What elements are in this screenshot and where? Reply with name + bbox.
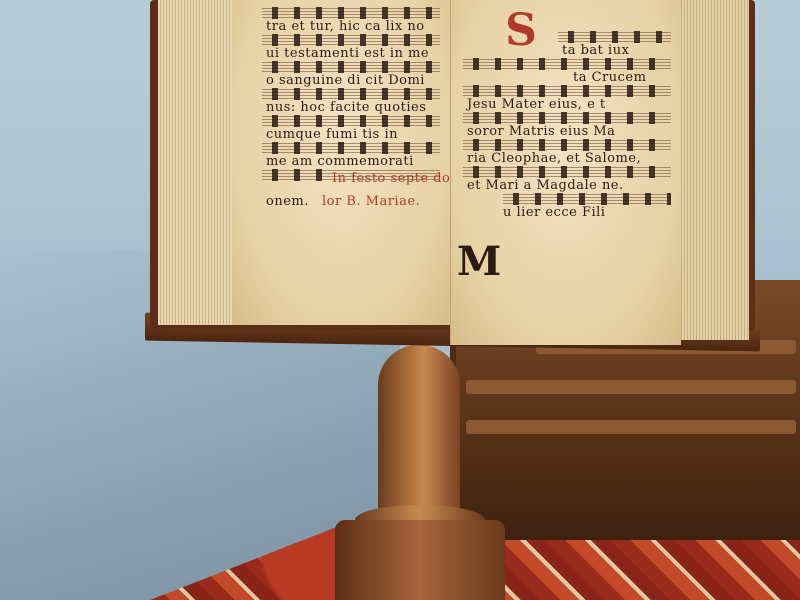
lyric-line: onem. xyxy=(266,195,309,208)
lyric-line: ria Cleophae, et Salome, xyxy=(467,152,641,165)
lectern-base xyxy=(335,520,505,600)
right-page: S ta bat iux ta Crucem Jesu Mater eius, … xyxy=(450,0,681,345)
rubric-line: In festo septe do xyxy=(332,172,450,185)
lyric-line: o sanguine di cit Domi xyxy=(266,74,425,87)
lyric-line: ta bat iux xyxy=(562,44,629,57)
lyric-line: soror Matris eius Ma xyxy=(467,125,615,138)
pew-seat xyxy=(466,380,796,394)
lyric-line: Jesu Mater eius, e t xyxy=(467,98,606,111)
lyric-line: u lier ecce Fili xyxy=(503,206,605,219)
lyric-line: cumque fumi tis in xyxy=(266,128,398,141)
decorated-initial: M xyxy=(457,238,501,285)
lyric-line: ui testamenti est in me xyxy=(266,47,429,60)
lyric-line: me am commemorati xyxy=(266,155,414,168)
page-edges-right xyxy=(679,0,749,340)
pew-seat xyxy=(466,420,796,434)
page-edges-left xyxy=(158,0,238,325)
lyric-line: et Mari a Magdale ne. xyxy=(467,179,624,192)
choir-book: tra et tur, hic ca lix no ui testamenti … xyxy=(150,0,755,330)
lyric-line: tra et tur, hic ca lix no xyxy=(266,20,425,33)
left-page: tra et tur, hic ca lix no ui testamenti … xyxy=(232,0,452,325)
rubric-line: lor B. Mariae. xyxy=(322,195,420,208)
lyric-line: nus: hoc facite quoties xyxy=(266,101,426,114)
lyric-line: ta Crucem xyxy=(573,71,646,84)
